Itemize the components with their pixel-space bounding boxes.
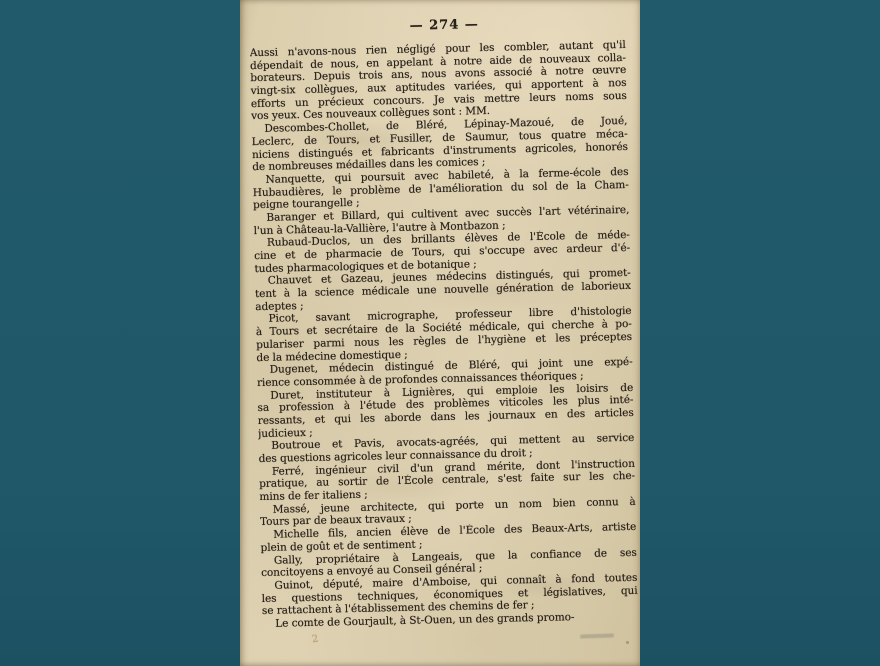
- signature-mark: 2: [311, 634, 319, 646]
- text-block: Aussi n'avons-nous rien négligé pour les…: [250, 39, 639, 631]
- scan-background: — 274 — Aussi n'avons-nous rien négligé …: [0, 0, 880, 666]
- page-content: — 274 — Aussi n'avons-nous rien négligé …: [249, 10, 638, 631]
- ink-smudge: [580, 633, 614, 638]
- book-page: — 274 — Aussi n'avons-nous rien négligé …: [240, 0, 640, 666]
- paper-speck: [626, 641, 629, 644]
- page-number: — 274 —: [263, 14, 625, 38]
